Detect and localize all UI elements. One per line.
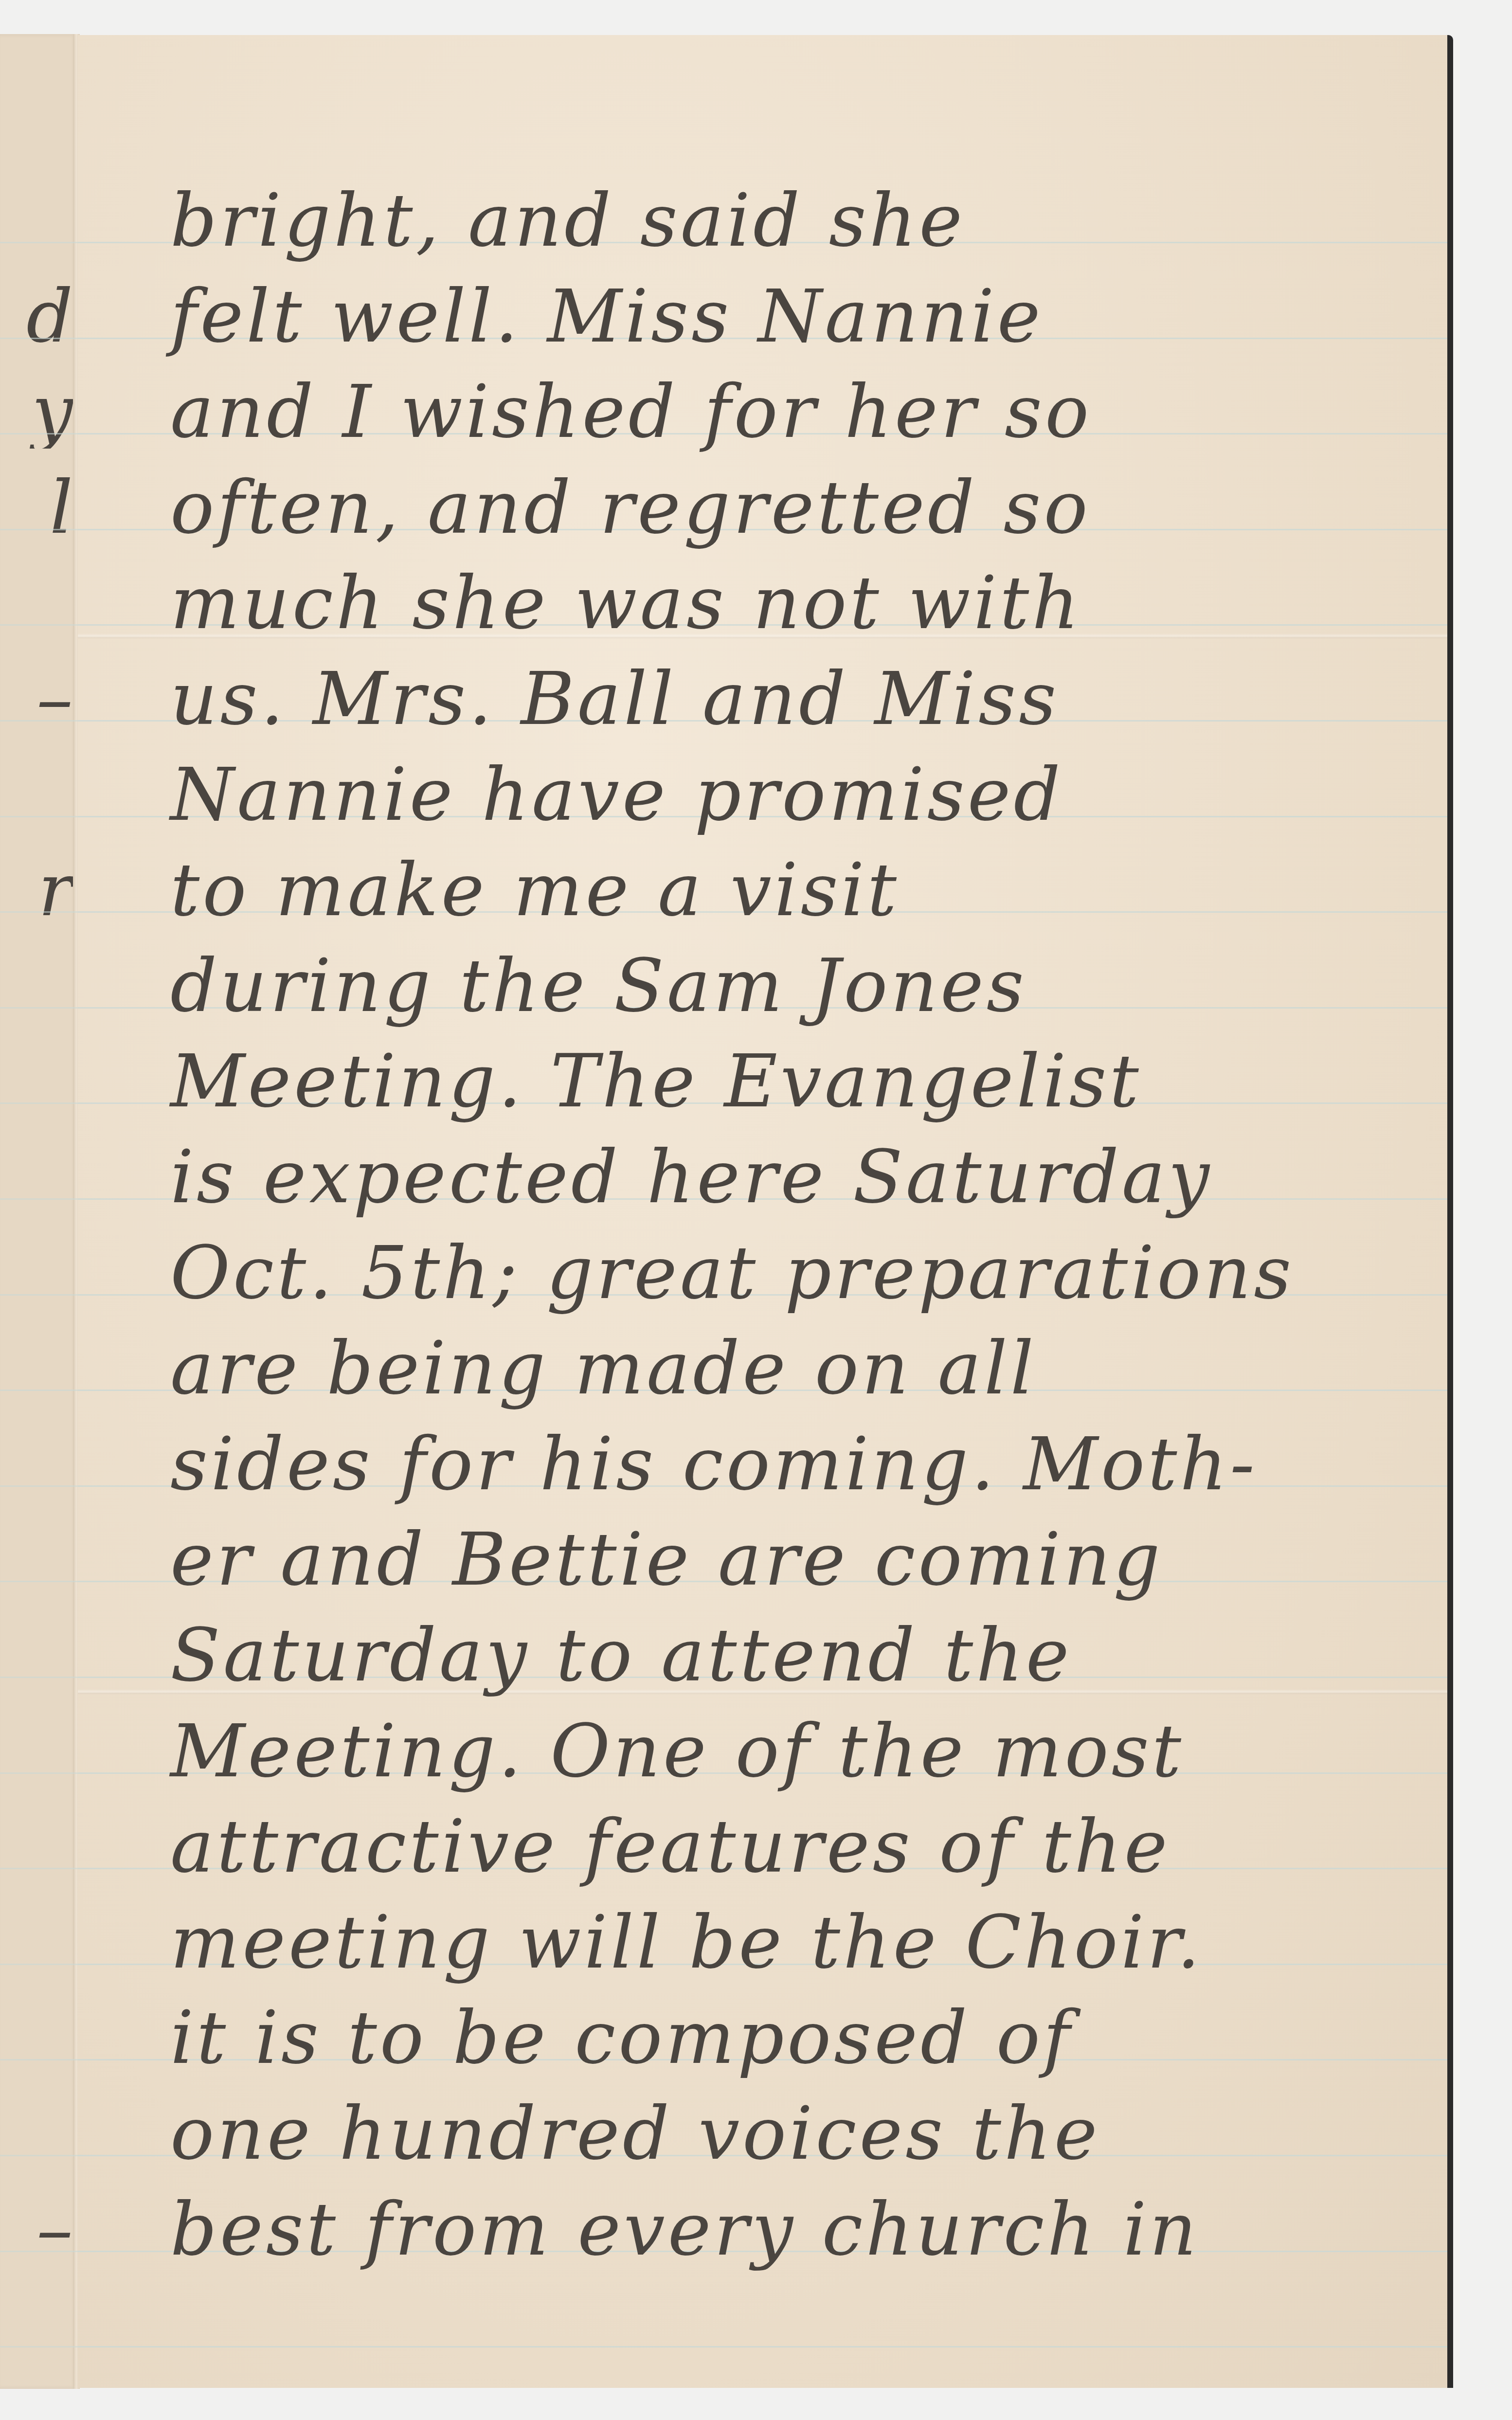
rule-line <box>0 1772 78 1774</box>
text-line: bright, and said she <box>170 184 965 257</box>
previous-page-fragment: – <box>0 663 73 736</box>
rule-line <box>0 433 78 434</box>
text-line: one hundred voices the <box>170 2097 1100 2170</box>
letter-page: bright, and said shefelt well. Miss Nann… <box>78 35 1453 2388</box>
rule-line <box>0 1868 78 1869</box>
previous-page-fragment: d <box>0 280 73 353</box>
rule-line <box>0 338 78 339</box>
text-line: Meeting. One of the most <box>170 1715 1184 1788</box>
rule-line <box>0 1485 78 1487</box>
text-line: felt well. Miss Nannie <box>170 280 1044 353</box>
rule-line <box>0 911 78 913</box>
text-line: are being made on all <box>170 1332 1037 1405</box>
previous-page-fragment: – <box>0 2193 73 2266</box>
text-line: sides for his coming. Moth- <box>170 1428 1258 1501</box>
text-line: attractive features of the <box>170 1810 1170 1883</box>
text-line: to make me a visit <box>170 854 900 927</box>
rule-line <box>0 2155 78 2156</box>
rule-line <box>0 624 78 626</box>
rule-line <box>0 242 78 243</box>
rule-line <box>0 1007 78 1009</box>
rule-line <box>0 816 78 817</box>
rule-line <box>0 1102 78 1104</box>
text-line: is expected here Saturday <box>170 1141 1212 1214</box>
text-line: meeting will be the Choir. <box>170 1906 1203 1979</box>
rule-line <box>0 1198 78 1200</box>
text-line: often, and regretted so <box>170 471 1091 544</box>
previous-page-fragment: l <box>0 471 73 544</box>
text-line: during the Sam Jones <box>170 950 1027 1023</box>
rule-line <box>0 1964 78 1965</box>
rule-line <box>0 1390 78 1391</box>
rule-line <box>0 2346 78 2348</box>
text-line: best from every church in <box>170 2193 1199 2266</box>
text-line: us. Mrs. Ball and Miss <box>170 663 1059 736</box>
rule-line <box>0 2251 78 2252</box>
text-line: it is to be composed of <box>170 2002 1073 2075</box>
text-line: Oct. 5th; great preparations <box>170 1237 1294 1310</box>
text-line: Meeting. The Evangelist <box>170 1045 1142 1118</box>
text-line: and I wished for her so <box>170 376 1092 449</box>
previous-page-fragment: r <box>0 854 73 927</box>
rule-line <box>0 1581 78 1582</box>
rule-line <box>0 1677 78 1678</box>
rule-line <box>0 2059 78 2060</box>
rule-line <box>78 2346 1447 2348</box>
text-line: much she was not with <box>170 567 1082 640</box>
text-line: Nannie have promised <box>170 759 1063 831</box>
rule-line <box>0 529 78 530</box>
rule-line <box>0 1294 78 1296</box>
text-line: Saturday to attend the <box>170 1619 1072 1692</box>
rule-line <box>0 720 78 722</box>
text-line: er and Bettie are coming <box>170 1523 1163 1596</box>
previous-page-fragment: y <box>0 376 73 449</box>
